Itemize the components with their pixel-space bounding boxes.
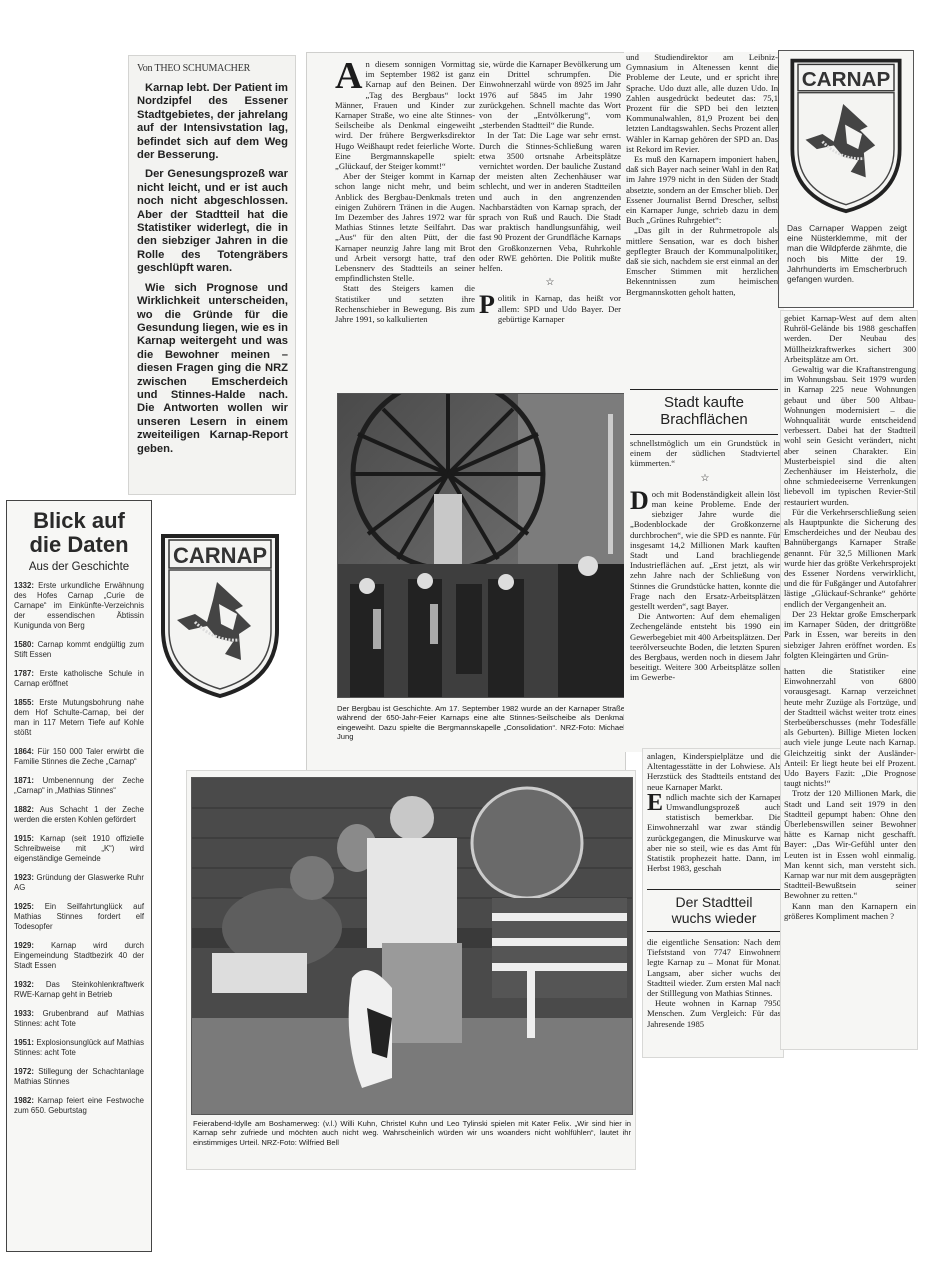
timeline-title-line2: die Daten [14, 533, 144, 557]
star-separator: ☆ [479, 278, 621, 288]
timeline-text: Explosionsunglück auf Mathias Stinnes: a… [14, 1038, 144, 1057]
timeline-entry: 1871: Umbenennung der Zeche „Carnap“ in … [14, 776, 144, 796]
timeline-year: 1871: [14, 776, 34, 785]
timeline-box: Blick auf die Daten Aus der Geschichte 1… [6, 500, 152, 1252]
photo-feierabend [191, 777, 633, 1115]
photo1-caption: Der Bergbau ist Geschichte. Am 17. Septe… [337, 704, 625, 742]
timeline-entry: 1332: Erste urkundliche Erwähnung des Ho… [14, 581, 144, 631]
article-paragraph: die eigentliche Sensation: Nach dem Tief… [647, 937, 781, 998]
dropcap-d: D [630, 490, 649, 512]
intro-paragraph: Karnap lebt. Der Patient im Nordzipfel d… [137, 82, 288, 162]
article-paragraph: Aber der Steiger kommt in Karnap schon l… [335, 171, 475, 283]
headline-stadt-kaufte: Stadt kaufte Brachflächen [630, 394, 778, 428]
timeline-entry: 1933: Grubenbrand auf Mathias Stinnes: a… [14, 1009, 144, 1029]
timeline-year: 1915: [14, 834, 34, 843]
article-paragraph: und Studiendirektor am Leibniz-Gymnasium… [626, 52, 778, 154]
dropcap-a: A [335, 60, 362, 92]
timeline-year: 1787: [14, 669, 34, 678]
people-on-bench-with-cat-photo [192, 778, 633, 1115]
article-column-2: sie, würde die Karnaper Bevölkerung um e… [479, 59, 621, 324]
timeline-text: Gründung der Glaswerke Ruhr AG [14, 873, 144, 892]
timeline-year: 1932: [14, 980, 34, 989]
timeline-year: 1972: [14, 1067, 34, 1076]
timeline-text: Karnap (seit 1910 offizielle Schreibweis… [14, 834, 144, 863]
crest-top-box: CARNAP Das Carnaper Wappen zeigt eine Nü… [778, 50, 914, 308]
timeline-entry: 1925: Ein Seilfahrtunglück auf Mathias S… [14, 902, 144, 932]
article-paragraph: Für die Verkehrserschließung seien als H… [784, 507, 916, 609]
timeline-text: Aus Schacht 1 der Zeche werden die erste… [14, 805, 144, 824]
timeline-subtitle: Aus der Geschichte [14, 561, 144, 573]
article-paragraph: sie, würde die Karnaper Bevölkerung um e… [479, 59, 621, 130]
photo2-block: Feierabend-Idylle am Boshamerweg: (v.l.)… [186, 770, 636, 1170]
crest-left-label: CARNAP [173, 543, 267, 568]
timeline-text: Erste urkundliche Erwähnung des Hofes Ca… [14, 581, 144, 630]
timeline-year: 1882: [14, 805, 34, 814]
dropcap-e: E [647, 793, 663, 813]
article-paragraph: hatten die Statistiker eine Einwohnerzah… [784, 666, 916, 788]
intro-paragraph: Der Genesungsprozeß war nicht leicht, un… [137, 168, 288, 275]
photo-seilscheibe [337, 393, 625, 698]
timeline-year: 1929: [14, 941, 34, 950]
timeline-entry: 1882: Aus Schacht 1 der Zeche werden die… [14, 805, 144, 825]
mining-wheel-band-photo [338, 394, 625, 698]
timeline-entry: 1951: Explosionsunglück auf Mathias Stin… [14, 1038, 144, 1058]
star-separator: ☆ [630, 474, 780, 484]
article-paragraph: ndlich machte sich der Karnaper Umwandlu… [647, 792, 781, 874]
timeline-entry: 1972: Stillegung der Schachtanlage Mathi… [14, 1067, 144, 1087]
timeline-entry: 1864: Für 150 000 Taler erwirbt die Fami… [14, 747, 144, 767]
article-paragraph: Kann man den Karnapern ein größeres Komp… [784, 901, 916, 921]
timeline-title-line1: Blick auf [14, 509, 144, 533]
timeline-year: 1864: [14, 747, 34, 756]
article-paragraph: och mit Bodenständigkeit allein löst man… [630, 489, 780, 611]
article-paragraph: anlagen, Kinderspielplätze und die Alten… [647, 751, 781, 792]
timeline-text: Grubenbrand auf Mathias Stinnes: acht To… [14, 1009, 144, 1028]
article-column-4: gebiet Karnap-West auf dem alten Ruhröl-… [780, 310, 918, 1050]
timeline-text: Carnap kommt endgültig zum Stift Essen [14, 640, 144, 659]
headline-rule-bottom [647, 931, 781, 932]
headline-rule-bottom [630, 434, 778, 435]
byline: Von THEO SCHUMACHER [137, 63, 288, 74]
article-column-1: A n diesem sonnigen Vormittag im Septemb… [335, 59, 475, 324]
timeline-text: Stillegung der Schachtanlage Mathias Sti… [14, 1067, 144, 1086]
article-paragraph: „Das gilt in der Ruhrmetropole als mittl… [626, 225, 778, 296]
article-paragraph: olitik in Karnap, das heißt vor allem: S… [479, 293, 621, 324]
article-paragraph: Gewaltig war die Kraftanstrengung im Woh… [784, 364, 916, 507]
article-paragraph: Die Antworten: Auf dem ehemaligen Zechen… [630, 611, 780, 682]
timeline-text: Das Steinkohlenkraftwerk RWE-Karnap geht… [14, 980, 144, 999]
headline-rule-top [647, 889, 781, 890]
article-paragraph: Heute wohnen in Karnap 7950 Menschen. Zu… [647, 998, 781, 1029]
article-paragraph: Es muß den Karnapern imponiert haben, da… [626, 154, 778, 225]
timeline-entry: 1982: Karnap feiert eine Festwoche zum 6… [14, 1096, 144, 1116]
timeline-entry: 1932: Das Steinkohlenkraftwerk RWE-Karna… [14, 980, 144, 1000]
article-paragraph: In der Tat: Die Lage war sehr ernst. Dur… [479, 130, 621, 273]
photo2-caption: Feierabend-Idylle am Boshamerweg: (v.l.)… [193, 1119, 631, 1147]
timeline-year: 1933: [14, 1009, 34, 1018]
coat-of-arms-icon: CARNAP [781, 55, 911, 215]
timeline-text: Umbenennung der Zeche „Carnap“ in „Mathi… [14, 776, 144, 795]
timeline-text: Erste katholische Schule in Carnap eröff… [14, 669, 144, 688]
coat-of-arms-icon: CARNAP [155, 530, 285, 700]
timeline-entry: 1915: Karnap (seit 1910 offizielle Schre… [14, 834, 144, 864]
article-paragraph: Der 23 Hektar große Emscherpark im Karna… [784, 609, 916, 660]
timeline-year: 1580: [14, 640, 34, 649]
timeline-text: Karnap feiert eine Festwoche zum 650. Ge… [14, 1096, 144, 1115]
timeline-year: 1923: [14, 873, 34, 882]
timeline-year: 1951: [14, 1038, 34, 1047]
article-main-block: A n diesem sonnigen Vormittag im Septemb… [306, 52, 626, 772]
timeline-year: 1855: [14, 698, 34, 707]
timeline-entry: 1787: Erste katholische Schule in Carnap… [14, 669, 144, 689]
timeline-text: Ein Seilfahrtunglück auf Mathias Stinnes… [14, 902, 144, 931]
article-column-3b: anlagen, Kinderspielplätze und die Alten… [642, 748, 784, 1058]
timeline-year: 1925: [14, 902, 34, 911]
article-paragraph: Trotz der 120 Millionen Mark, die Stadt … [784, 788, 916, 900]
crest-left: CARNAP [155, 530, 285, 700]
crest-top-label: CARNAP [802, 68, 891, 91]
timeline-entry: 1929: Karnap wird durch Eingemeindung St… [14, 941, 144, 971]
intro-clipping: Von THEO SCHUMACHER Karnap lebt. Der Pat… [128, 55, 296, 495]
headline-stadtteil-wuchs: Der Stadtteil wuchs wieder [647, 894, 781, 926]
article-paragraph: gebiet Karnap-West auf dem alten Ruhröl-… [784, 313, 916, 364]
timeline-text: Erste Mutungsbohrung nahe dem Hof Schult… [14, 698, 144, 737]
timeline-text: Karnap wird durch Eingemeindung Stadtbez… [14, 941, 144, 970]
timeline-year: 1982: [14, 1096, 34, 1105]
timeline-entry: 1580: Carnap kommt endgültig zum Stift E… [14, 640, 144, 660]
timeline-entry: 1855: Erste Mutungsbohrung nahe dem Hof … [14, 698, 144, 738]
timeline-text: Für 150 000 Taler erwirbt die Familie St… [14, 747, 144, 766]
intro-paragraph: Wie sich Prognose und Wirklichkeit unter… [137, 282, 288, 456]
article-paragraph: Statt des Steigers kamen die Statistiker… [335, 283, 475, 324]
article-paragraph: schnellstmöglich um ein Grundstück in ei… [630, 438, 780, 469]
timeline-entry: 1923: Gründung der Glaswerke Ruhr AG [14, 873, 144, 893]
crest-caption: Das Carnaper Wappen zeigt eine Nüsterkle… [787, 223, 907, 284]
dropcap-p: P [479, 294, 495, 316]
timeline-year: 1332: [14, 581, 34, 590]
headline-rule-top [630, 389, 778, 390]
article-column-3: und Studiendirektor am Leibniz-Gymnasium… [624, 52, 784, 752]
